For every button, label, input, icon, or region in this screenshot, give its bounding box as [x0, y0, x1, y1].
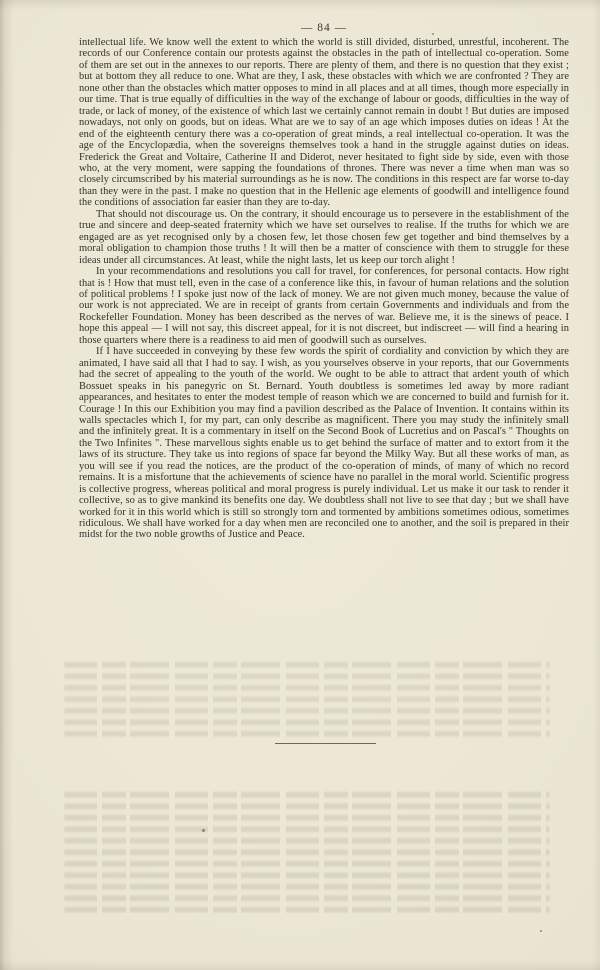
- paper-speck: [432, 33, 434, 35]
- paper-speck: [202, 829, 205, 832]
- text-block: intellectual life. We know well the exte…: [79, 37, 569, 541]
- page-number: — 84 —: [79, 22, 569, 34]
- scanned-book-page: — 84 — intellectual life. We know well t…: [0, 0, 600, 970]
- paragraph: That should not discourage us. On the co…: [79, 209, 569, 266]
- paragraph: In your recommendations and resolutions …: [79, 266, 569, 346]
- bleedthrough-ghost-text-lower: [64, 789, 550, 913]
- paragraph: If I have succeeded in conveying by thes…: [79, 346, 569, 541]
- paper-speck: [540, 930, 542, 932]
- bleedthrough-ghost-text-upper: [64, 659, 550, 739]
- paragraph: intellectual life. We know well the exte…: [79, 37, 569, 209]
- section-divider-rule: [275, 743, 376, 744]
